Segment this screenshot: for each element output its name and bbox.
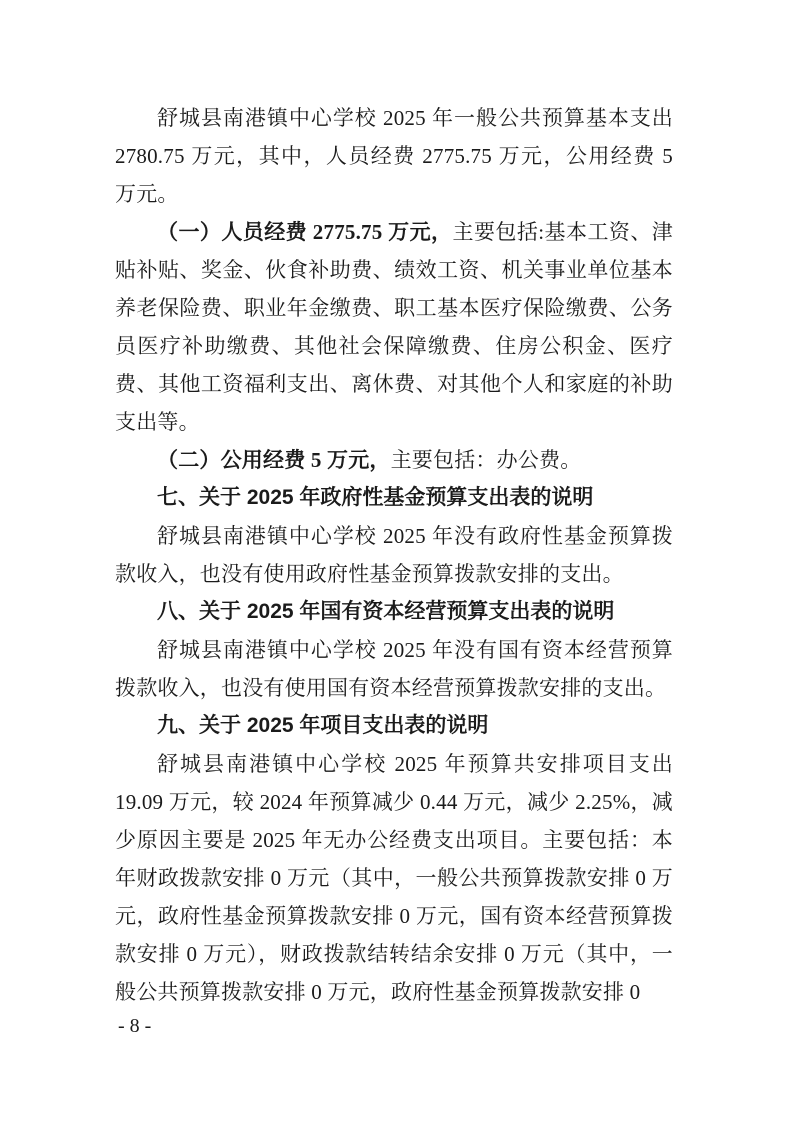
paragraph-personnel-funds: （一）人员经费 2775.75 万元，主要包括:基本工资、津贴补贴、奖金、伙食补… [115, 213, 673, 441]
heading-section-7-government-fund-budget: 七、关于 2025 年政府性基金预算支出表的说明 [115, 479, 673, 517]
text-run: 舒城县南港镇中心学校 2025 年一般公共预算基本支出 2780.75 万元，其… [115, 106, 673, 206]
heading-section-8-state-capital-budget: 八、关于 2025 年国有资本经营预算支出表的说明 [115, 593, 673, 631]
paragraph-basic-expenditure: 舒城县南港镇中心学校 2025 年一般公共预算基本支出 2780.75 万元，其… [115, 99, 673, 213]
text-run: 主要包括:基本工资、津贴补贴、奖金、伙食补助费、绩效工资、机关事业单位基本养老保… [115, 220, 673, 434]
bold-lead-public-funds: （二）公用经费 5 万元， [157, 448, 391, 472]
page-number: - 8 - [118, 1012, 151, 1040]
text-run: 主要包括：办公费。 [391, 448, 582, 472]
paragraph-section-9-body: 舒城县南港镇中心学校 2025 年预算共安排项目支出 19.09 万元，较 20… [115, 745, 673, 1011]
document-page: 舒城县南港镇中心学校 2025 年一般公共预算基本支出 2780.75 万元，其… [0, 0, 793, 1122]
paragraph-section-8-body: 舒城县南港镇中心学校 2025 年没有国有资本经营预算拨款收入，也没有使用国有资… [115, 631, 673, 707]
paragraph-public-funds: （二）公用经费 5 万元，主要包括：办公费。 [115, 441, 673, 479]
text-run: 舒城县南港镇中心学校 2025 年没有政府性基金预算拨款收入，也没有使用政府性基… [115, 524, 673, 586]
text-run: 舒城县南港镇中心学校 2025 年预算共安排项目支出 19.09 万元，较 20… [115, 752, 673, 1004]
heading-section-9-project-expenditure: 九、关于 2025 年项目支出表的说明 [115, 707, 673, 745]
paragraph-section-7-body: 舒城县南港镇中心学校 2025 年没有政府性基金预算拨款收入，也没有使用政府性基… [115, 517, 673, 593]
document-body: 舒城县南港镇中心学校 2025 年一般公共预算基本支出 2780.75 万元，其… [115, 99, 673, 1011]
text-run: 舒城县南港镇中心学校 2025 年没有国有资本经营预算拨款收入，也没有使用国有资… [115, 638, 673, 700]
bold-lead-personnel-funds: （一）人员经费 2775.75 万元， [157, 220, 453, 244]
